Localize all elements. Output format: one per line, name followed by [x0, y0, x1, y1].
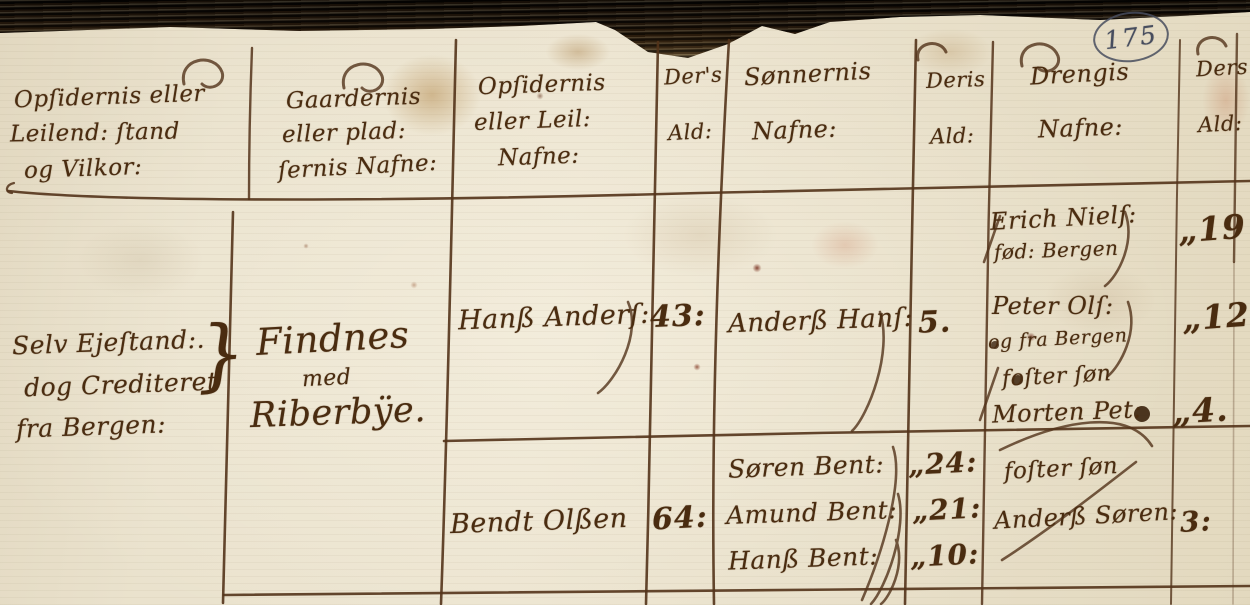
farm-name-line1: Findnes: [255, 316, 410, 361]
header-servants-age-line2: Ald:: [1197, 113, 1242, 136]
son-age-1-1: 5.: [917, 307, 951, 338]
son-age-2-3: „10:: [909, 540, 980, 572]
header-sons-age-line1: Deris: [926, 69, 986, 92]
header-occupants-age-line2: Ald:: [667, 121, 712, 144]
servant-name-1-1-line2: fød: Bergen: [994, 238, 1119, 262]
header-servants-names-line1: Drengis: [1029, 59, 1129, 88]
header-occupants-age-line1: Der's: [663, 64, 722, 88]
son-age-2-2: „21:: [911, 494, 982, 526]
header-occupants-names-line2: eller Leil:: [474, 108, 592, 135]
header-occupants-names-line3: Nafne:: [498, 145, 580, 171]
servant-name-2-1-line2: Anderß Søren:: [993, 499, 1178, 533]
servant-name-1-2-line2: og fra Bergen: [988, 326, 1128, 352]
servant-name-1-1-line1: Erich Nielſ:: [989, 202, 1137, 234]
header-sons-age-line2: Ald:: [930, 125, 975, 148]
son-name-1-1: Anderß Hanſ:: [728, 305, 914, 337]
servant-age-2-1: 3:: [1179, 507, 1212, 537]
header-occupants-condition-line3: og Vilkor:: [24, 156, 143, 183]
servant-name-2-1-line1: foſter ſøn: [1003, 455, 1118, 484]
header-farm-names-line1: Gaardernis: [286, 86, 422, 114]
manuscript-page: 175 Opſidernis eller Leilend: ſtand og V…: [0, 0, 1250, 605]
header-occupants-condition-line1: Opſidernis eller: [14, 83, 206, 113]
servant-age-1-3: „4.: [1171, 393, 1229, 429]
farm-name-line3: Riberbÿe.: [249, 393, 426, 434]
header-occupants-condition-line2: Leilend: ſtand: [10, 121, 180, 147]
header-farm-names-line2: eller plad:: [282, 120, 407, 147]
servant-name-1-3-line2: Morten Pet:: [992, 397, 1143, 426]
servant-age-1-1: „19: [1177, 210, 1247, 248]
header-sons-names-line2: Nafne:: [752, 117, 838, 144]
header-occupants-names-line1: Opſidernis: [478, 72, 606, 99]
occupant-name-1: Hanß Anderſ:: [458, 301, 651, 335]
condition-note-line2: dog Crediteret: [24, 369, 218, 401]
condition-note-line1: Selv Ejeſtand:.: [12, 327, 206, 359]
son-name-2-3: Hanß Bent:: [728, 543, 879, 573]
book-binding-edge: [0, 0, 1250, 62]
page-number: 175: [1103, 19, 1160, 54]
occupant-age-1: 43:: [649, 301, 706, 333]
header-farm-names-line3: ſernis Nafne:: [278, 152, 438, 183]
condition-brace: }: [194, 315, 248, 396]
farm-name-line2: med: [301, 367, 352, 392]
page-number-badge: 175: [1090, 8, 1172, 67]
header-servants-names-line2: Nafne:: [1038, 115, 1124, 142]
son-age-2-1: „24:: [907, 448, 978, 480]
son-name-2-2: Amund Bent:: [726, 497, 898, 528]
condition-note-line3: fra Bergen:: [16, 411, 167, 441]
son-name-2-1: Søren Bent:: [728, 451, 885, 481]
occupant-name-2: Bendt Olßen: [450, 505, 628, 538]
header-sons-names-line1: Sønnernis: [743, 59, 872, 90]
servant-name-1-2-line1: Peter Olſ:: [992, 294, 1114, 318]
servant-name-1-3-line1: foſter ſøn: [1001, 363, 1111, 391]
header-servants-age-line1: Ders: [1195, 57, 1248, 81]
servant-age-1-2: „12: [1181, 298, 1250, 336]
occupant-age-2: 64:: [651, 503, 708, 536]
